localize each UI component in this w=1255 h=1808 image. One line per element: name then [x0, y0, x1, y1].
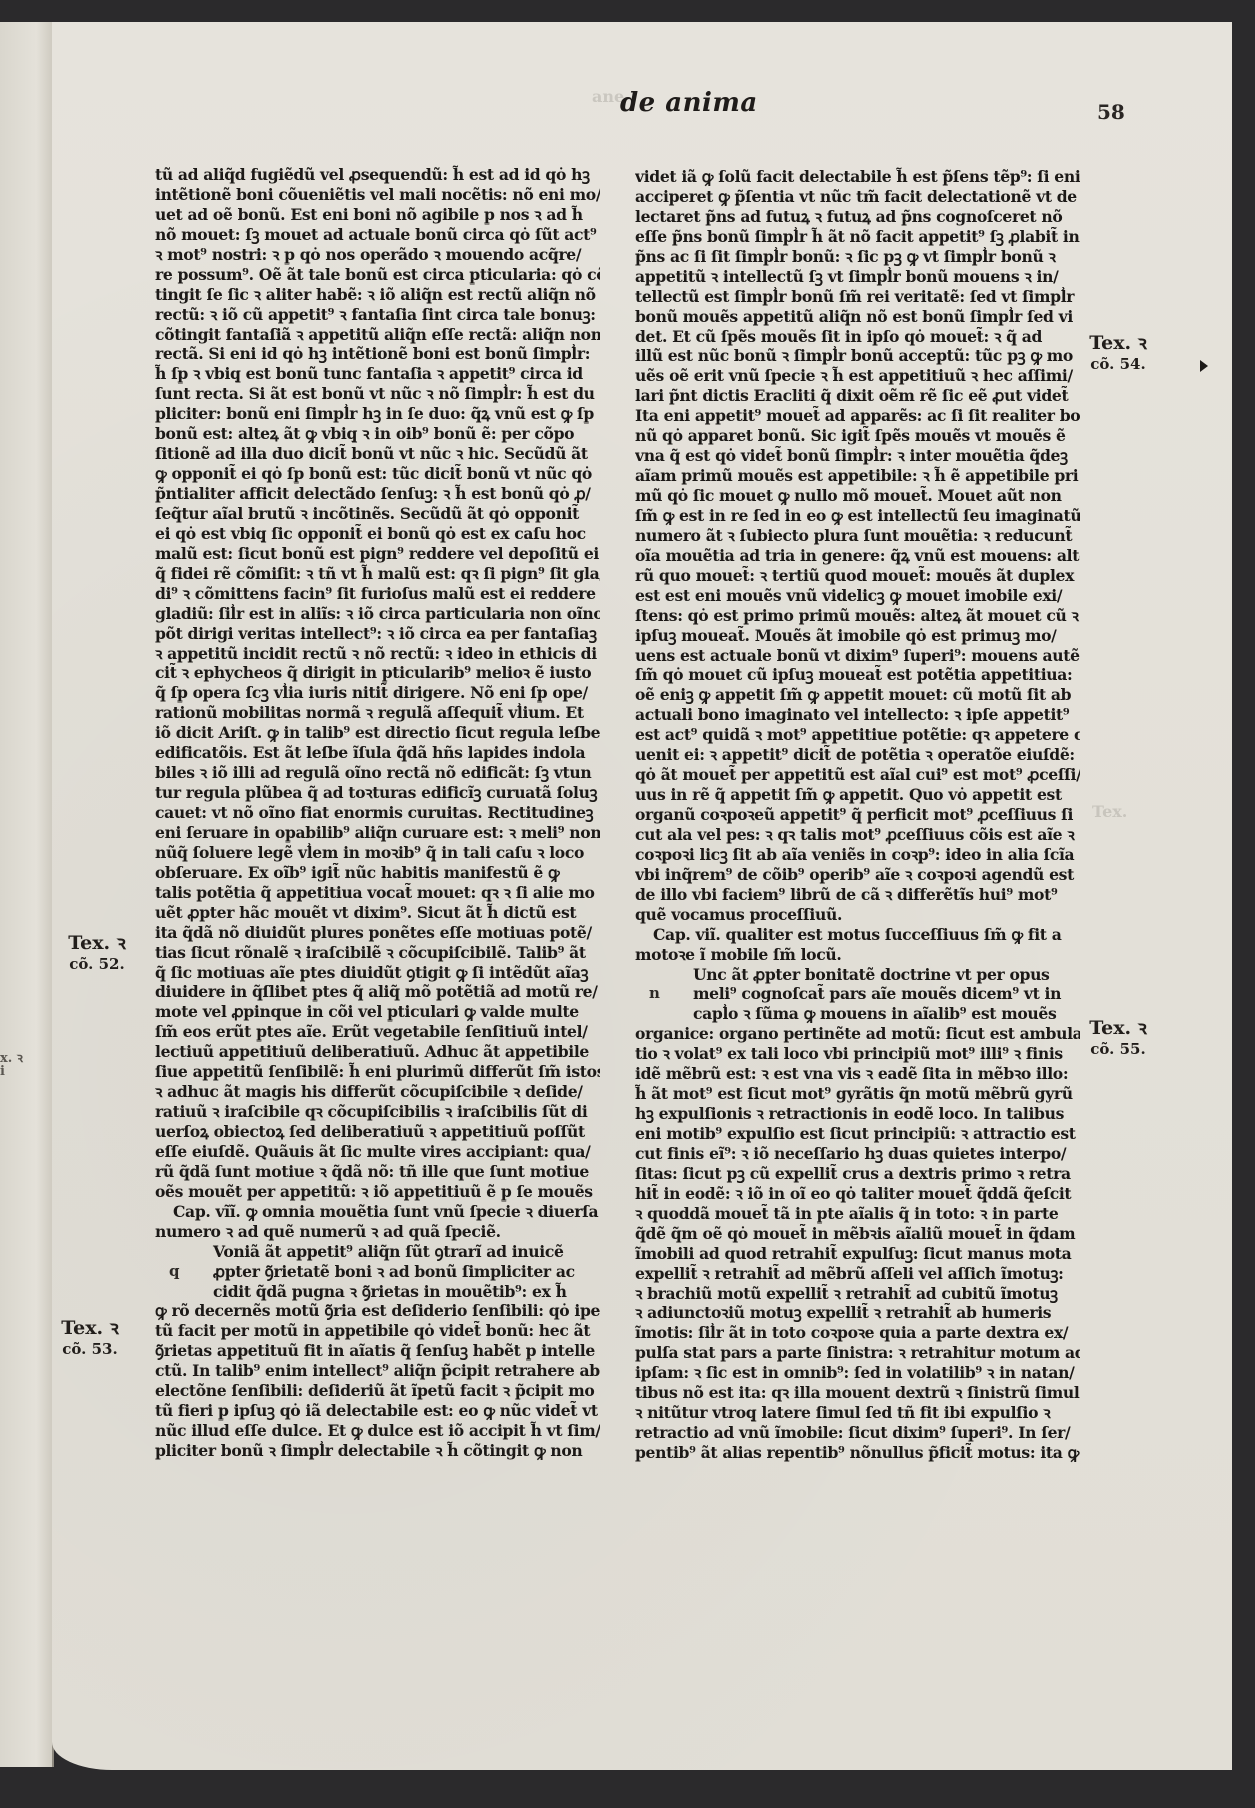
- text-line: biles ꝛ iõ illi ad regulã oĩno rectã nõ …: [155, 763, 600, 783]
- text-line: ſitionẽ ad illa duo dicit̃ bonũ vt nũc ꝛ…: [155, 444, 600, 464]
- paragraph-line: Unc ãt ꝓpter bonitatẽ doctrine vt per op…: [635, 965, 1080, 985]
- text-line: ratiuũ ꝛ iraſcibile qꝛ cõcupiſcibilis ꝛ …: [155, 1102, 600, 1122]
- paragraph-line: q̃dẽ q̃m oẽ qȯ mouet̃ in mẽbꝛis aĩaliũ m…: [635, 1224, 1080, 1244]
- text-line: Ita eni appetit⁹ mouet̃ ad apparẽs: ac ſ…: [635, 406, 1080, 426]
- text-line: det. Et cũ ſpẽs mouẽs ſit in ipſo qȯ mou…: [635, 327, 1080, 347]
- text-line: eſſe p̃ns bonũ ſimpl̾r h̃ ãt nõ facit ap…: [635, 227, 1080, 247]
- text-line: ſiue appetitũ ſenſibilẽ: h̃ eni plurimũ …: [155, 1062, 600, 1082]
- paragraph-line: tibus nõ est ita: qꝛ illa mouent dextrũ …: [635, 1383, 1080, 1403]
- text-line: tellectũ est ſimpl̾r bonũ ſm̃ rei verita…: [635, 287, 1080, 307]
- paragraph-line: electõne ſenſibili: deſideriũ ãt ĩpetũ f…: [155, 1381, 600, 1401]
- running-head: de anima: [620, 88, 758, 118]
- text-line: aĩam primũ mouẽs est appetibile: ꝛ h̃ ẽ …: [635, 466, 1080, 486]
- text-line: ꝛ adhuc ãt magis his differũt cõcupiſcib…: [155, 1082, 600, 1102]
- paragraph-line: ꝯ̃rietas appetituũ fit in aĩatis q̃ ſenſ…: [155, 1341, 600, 1361]
- paragraph-line: ſitas: ſicut pꝫ cũ expellit̃ crus a dext…: [635, 1164, 1080, 1184]
- paragraph-line: ꝛ quoddã mouet̃ tã in p̱te aĩalis q̃ in …: [635, 1204, 1080, 1224]
- paragraph-line: qꝓpter ꝯ̃rietatẽ boni ꝛ ad bonũ ſimplici…: [155, 1262, 600, 1282]
- paragraph-line: ctũ. In talib⁹ enim intellect⁹ aliq̃n p̃…: [155, 1361, 600, 1381]
- text-line: numero ãt ꝛ ſubiecto plura ſunt mouẽtia:…: [635, 526, 1080, 546]
- text-line: est act⁹ quidã ꝛ mot⁹ appetitiue potẽtie…: [635, 725, 1080, 745]
- text-line: q̃ ſic motiuas aĩe p̱tes diuidũt ꝯtigit …: [155, 963, 600, 983]
- guide-letter: n: [649, 984, 660, 1004]
- line-text: meli⁹ cognoſcat̃ pars aĩe mouẽs dicem⁹ v…: [693, 984, 1061, 1003]
- text-line: organũ coꝛpoꝛeũ appetit⁹ q̃ perficit mot…: [635, 805, 1080, 825]
- text-line: lari p̃nt dictis Eracliti q̃ dixit oẽm r…: [635, 386, 1080, 406]
- text-line: nũ qȯ apparet bonũ. Sic igit̃ ſpẽs mouẽs…: [635, 426, 1080, 446]
- text-line: oẽ eniꝫ ꝙ appetit ſm̃ ꝙ appetit mouet: c…: [635, 685, 1080, 705]
- text-line: ꝛ mot⁹ nostri: ꝛ p̱ qȯ nos operãdo ꝛ mou…: [155, 245, 600, 265]
- facing-page-bleed-text: x. ꝛi: [0, 1052, 23, 1078]
- text-line: q̃ fidei rẽ cõmiſit: ꝛ tñ vt h̃ malũ est…: [155, 564, 600, 584]
- text-line: lectaret p̃ns ad futuꝝ ꝛ futuꝝ ad p̃ns c…: [635, 207, 1080, 227]
- text-line: cut ala vel pes: ꝛ qꝛ talis mot⁹ ꝓceſſiu…: [635, 825, 1080, 845]
- text-line: ſtens: qȯ est primo primũ mouẽs: alteꝝ ã…: [635, 606, 1080, 626]
- text-line: rectã. Si eni id qȯ hꝫ intẽtionẽ boni es…: [155, 344, 600, 364]
- text-line: põt dirigi veritas intellect⁹: ꝛ iõ circ…: [155, 624, 600, 644]
- text-line: diuidere in q̃ſlibet p̱tes q̃ aliq̃ mõ p…: [155, 982, 600, 1002]
- text-line: eni ſeruare in op̱abilib⁹ aliq̃n curuare…: [155, 823, 600, 843]
- paragraph-line: ꝛ adiunctoꝛiũ motuꝫ expellit̃ ꝛ retrahit…: [635, 1303, 1080, 1323]
- text-line: cauet: vt nõ oĩno fiat enormis curuitas.…: [155, 803, 600, 823]
- text-line: pliciter: bonũ eni ſimpl̾r hꝫ in ſe duo:…: [155, 404, 600, 424]
- text-line: iõ dicit Ariſt. ꝙ in talib⁹ est directio…: [155, 723, 600, 743]
- line-text: ꝓpter ꝯ̃rietatẽ boni ꝛ ad bonũ ſimplicit…: [213, 1262, 575, 1281]
- text-line: ita q̃dã nõ diuidũt plures ponẽtes eſſe …: [155, 923, 600, 943]
- text-line: acciperet ꝙ p̃ſentia vt nũc tm̃ facit de…: [635, 187, 1080, 207]
- paragraph-line: expellit̃ ꝛ retrahit̃ ad mẽbrũ aſſeli ve…: [635, 1264, 1080, 1284]
- text-line: p̃ns ac ſi ſit ſimpl̾r bonũ: ꝛ ſic pꝫ ꝙ …: [635, 247, 1080, 267]
- text-column-right: videt iã ꝙ ſolũ facit delectabile h̃ est…: [635, 167, 1080, 1463]
- text-line: tur regula plũbea q̃ ad toꝛturas edificĩ…: [155, 783, 600, 803]
- paragraph-line: organice: organo pertinẽte ad motũ: ſicu…: [635, 1024, 1080, 1044]
- text-line: uens est actuale bonũ vt dixim⁹ ſuperi⁹:…: [635, 646, 1080, 666]
- text-line: cit̃ ꝛ ephycheos q̃ dirigit in p̱ticular…: [155, 663, 600, 683]
- paragraph-line: ipſam: ꝛ ſic est in omnib⁹: ſed in volat…: [635, 1363, 1080, 1383]
- chapter-heading-line: motoꝛe ĩ mobile ſm̃ locũ.: [635, 945, 1080, 965]
- text-line: uenit ei: ꝛ appetit⁹ dicit̃ de potẽtia ꝛ…: [635, 745, 1080, 765]
- text-line: ſm̃ ꝙ est in re ſed in eo ꝙ est intellec…: [635, 506, 1080, 526]
- text-line: rũ quo mouet̃: ꝛ tertiũ quod mouet̃: mou…: [635, 566, 1080, 586]
- paragraph-line: pentib⁹ ãt alias repentib⁹ nõnullus p̃fi…: [635, 1443, 1080, 1463]
- text-line: oĩa mouẽtia ad tria in genere: q̃ꝝ vnũ e…: [635, 546, 1080, 566]
- text-line: gladiũ: ſil̾r est in aliĩs: ꝛ iõ circa p…: [155, 604, 600, 624]
- text-line: tũ ad aliq̃d fugiẽdũ vel ꝓsequendũ: h̃ e…: [155, 165, 600, 185]
- text-line: nõ mouet: ſꝫ mouet ad actuale bonũ circa…: [155, 225, 600, 245]
- text-line: p̃ntialiter afficit delectãdo ſenſuꝫ: ꝛ …: [155, 484, 600, 504]
- paragraph-line: tũ facit per motũ in appetibile qȯ videt…: [155, 1321, 600, 1341]
- text-line: intẽtionẽ boni cõueniẽtis vel mali nocẽt…: [155, 185, 600, 205]
- text-line: illũ est nũc bonũ ꝛ ſimpl̾r bonũ acceptũ…: [635, 346, 1080, 366]
- text-line: oẽs mouẽt per appetitũ: ꝛ iõ appetitiuũ …: [155, 1182, 600, 1202]
- text-line: mote vel ꝓpinque in cõi vel p̱ticulari ꝙ…: [155, 1002, 600, 1022]
- paragraph-line: ꝛ nitũtur vtroq̧ latere ſimul ſed tñ fit…: [635, 1403, 1080, 1423]
- text-line: ſunt recta. Si ãt est bonũ vt nũc ꝛ nõ ſ…: [155, 384, 600, 404]
- text-line: coꝛpoꝛi licꝫ ſit ab aĩa veniẽs in coꝛp⁹:…: [635, 845, 1080, 865]
- text-line: bonũ mouẽs appetitũ aliq̃n nõ est bonũ ſ…: [635, 307, 1080, 327]
- text-line: est est eni mouẽs vnũ videlicꝫ ꝙ mouet i…: [635, 586, 1080, 606]
- facing-page-edge: x. ꝛi: [0, 22, 54, 1767]
- text-line: obſeruare. Ex oĩb⁹ igit̃ nũc habitis man…: [155, 863, 600, 883]
- paragraph-line: retractio ad vnũ ĩmobile: ſicut dixim⁹ ſ…: [635, 1423, 1080, 1443]
- paragraph-line: cut finis eĩ⁹: ꝛ iõ neceſſario hꝫ duas q…: [635, 1144, 1080, 1164]
- chapter-heading-line: Cap. vĩĩ. ꝙ omnia mouẽtia ſunt vnũ ſpeci…: [155, 1202, 600, 1222]
- text-line: q̃ ſp̱ opera ſcꝫ vl̾ia iuris nitit̃ diri…: [155, 683, 600, 703]
- margin-note-tex-53: Tex. ꝛcõ. 53.: [55, 1318, 125, 1360]
- text-column-left: tũ ad aliq̃d fugiẽdũ vel ꝓsequendũ: h̃ e…: [155, 165, 600, 1461]
- text-line: uus in rẽ q̃ appetit ſm̃ ꝙ appetit. Quo …: [635, 785, 1080, 805]
- chapter-heading-line: numero ꝛ ad quẽ numerũ ꝛ ad quã ſpeciẽ.: [155, 1222, 600, 1242]
- paragraph-line: nũc illud eſſe dulce. Et ꝙ dulce est iõ …: [155, 1421, 600, 1441]
- paragraph-line: ꝙ rõ decernẽs motũ ꝯ̃ria est deſiderio ſ…: [155, 1301, 600, 1321]
- chapter-heading-line: Cap. viĩ. qualiter est motus ſucceſſiuus…: [635, 925, 1080, 945]
- text-line: rationũ mobilitas normã ꝛ regulã aſſequi…: [155, 703, 600, 723]
- text-line: h̃ ſp̱ ꝛ vbiq̧ est bonũ tunc fantaſia ꝛ …: [155, 364, 600, 384]
- text-line: vbi inq̃rem⁹ de cõib⁹ operib⁹ aĩe ꝛ coꝛp…: [635, 865, 1080, 885]
- paragraph-line: pulſa stat pars a parte ſinistra: ꝛ retr…: [635, 1343, 1080, 1363]
- text-line: eſſe eiuſdẽ. Quãuis ãt ſic multe vires a…: [155, 1142, 600, 1162]
- text-line: ſm̃ eos erũt p̱tes aĩe. Erũt vegetabile …: [155, 1022, 600, 1042]
- text-line: mũ qȯ ſic mouet ꝙ nullo mõ mouet̃. Mouet…: [635, 486, 1080, 506]
- text-line: nũq̃ ſoluere legẽ vl̾em in moꝛib⁹ q̃ in …: [155, 843, 600, 863]
- paragraph-line: Voniã ãt appetit⁹ aliq̃n ſũt ꝯtrarĩ ad i…: [155, 1242, 600, 1262]
- folio-number: 58: [1097, 100, 1125, 124]
- paragraph-line: ĩmotis: ſil̾r ãt in toto coꝛpoꝛe quia a …: [635, 1323, 1080, 1343]
- text-line: quẽ vocamus proceſſiuũ.: [635, 905, 1080, 925]
- paragraph-line: hit̃ in eodẽ: ꝛ iõ in oĩ eo qȯ taliter m…: [635, 1184, 1080, 1204]
- text-line: actuali bono imaginato vel intellecto: ꝛ…: [635, 705, 1080, 725]
- guide-letter: q: [169, 1262, 179, 1282]
- pointer-mark-icon: [1200, 360, 1208, 372]
- text-line: lectiuũ appetitiuũ deliberatiuũ. Adhuc ã…: [155, 1042, 600, 1062]
- paragraph-line: ꝛ brachiũ motũ expellit̃ ꝛ retrahit̃ ad …: [635, 1284, 1080, 1304]
- text-line: ꝙ opponit̃ ei qȯ ſp̱ bonũ est: tũc dicit…: [155, 464, 600, 484]
- paragraph-line: tio ꝛ volat⁹ ex tali loco vbi principiũ …: [635, 1044, 1080, 1064]
- paragraph-line: pliciter bonũ ꝛ ſimpl̾r delectabile ꝛ h̃…: [155, 1441, 600, 1461]
- text-line: re possum⁹. Oẽ ãt tale bonũ est circa p̱…: [155, 265, 600, 285]
- text-line: edificatõis. Est ãt leſbe ĩſula q̃dã hñs…: [155, 743, 600, 763]
- text-line: rectũ: ꝛ iõ cũ appetit⁹ ꝛ fantaſia ſint …: [155, 305, 600, 325]
- text-line: vna q̃ est qȯ videt̃ bonũ ſimpl̾r: ꝛ int…: [635, 446, 1080, 466]
- text-line: ꝛ appetitũ incidit rectũ ꝛ nõ rectũ: ꝛ i…: [155, 644, 600, 664]
- paragraph-line: nmeli⁹ cognoſcat̃ pars aĩe mouẽs dicem⁹ …: [635, 984, 1080, 1004]
- text-line: de illo vbi faciem⁹ librũ de cã ꝛ differ…: [635, 885, 1080, 905]
- text-line: ei qȯ est vbiq̧ ſic opponit̃ ei bonũ qȯ …: [155, 524, 600, 544]
- text-line: ipſuꝫ moueat̃. Mouẽs ãt imobile qȯ est p…: [635, 626, 1080, 646]
- text-line: malũ est: ſicut bonũ est pign⁹ reddere v…: [155, 544, 600, 564]
- margin-note-tex-52: Tex. ꝛcõ. 52.: [62, 933, 132, 975]
- paragraph-line: h̃ ãt mot⁹ est ſicut mot⁹ gyrãtis q̃n mo…: [635, 1084, 1080, 1104]
- text-line: uẽs oẽ erit vnũ ſpecie ꝛ h̃ est appetiti…: [635, 366, 1080, 386]
- text-line: uẽt ꝓpter hãc mouẽt vt dixim⁹. Sicut ãt …: [155, 903, 600, 923]
- paragraph-line: idẽ mẽbrũ est: ꝛ est vna vis ꝛ eadẽ ſita…: [635, 1064, 1080, 1084]
- paragraph-line: eni motib⁹ expulſio est ſicut principiũ:…: [635, 1124, 1080, 1144]
- text-line: tias ſicut rõnalẽ ꝛ iraſcibilẽ ꝛ cõcupiſ…: [155, 943, 600, 963]
- text-line: appetitũ ꝛ intellectũ ſꝫ vt ſimpl̾r bonũ…: [635, 267, 1080, 287]
- text-line: ſm̃ qȯ mouet cũ ipſuꝫ moueat̃ est potẽti…: [635, 665, 1080, 685]
- text-line: cõtingit fantaſiã ꝛ appetitũ aliq̃n eſſe…: [155, 325, 600, 345]
- text-line: bonũ est: alteꝝ ãt ꝙ vbiq̧ ꝛ in oib⁹ bon…: [155, 424, 600, 444]
- margin-note-tex-54: Tex. ꝛcõ. 54.: [1083, 333, 1153, 375]
- show-through-text: Tex.: [1092, 802, 1127, 821]
- paragraph-line: tũ fieri p̱ ipſuꝫ qȯ iã delectabile est:…: [155, 1401, 600, 1421]
- paragraph-line: cidit q̃dã pugna ꝛ ꝯ̃rietas in mouẽtib⁹:…: [155, 1282, 600, 1302]
- text-line: talis potẽtia q̃ appetitiua vocat̃ mouet…: [155, 883, 600, 903]
- text-line: di⁹ ꝛ cõmittens facin⁹ ſit furioſus malũ…: [155, 584, 600, 604]
- margin-note-tex-55: Tex. ꝛcõ. 55.: [1083, 1018, 1153, 1060]
- paragraph-line: capl̾o ꝛ ſũma ꝙ mouens in aĩalib⁹ est mo…: [635, 1004, 1080, 1024]
- text-line: ſeq̃tur aĩal brutũ ꝛ incõtinẽs. Secũdũ ã…: [155, 504, 600, 524]
- text-line: uet ad oẽ bonũ. Est eni boni nõ agibile …: [155, 205, 600, 225]
- text-line: uerſoꝝ obiectoꝝ ſed deliberatiuũ ꝛ appet…: [155, 1122, 600, 1142]
- text-line: tingit ſe ſic ꝛ aliter habẽ: ꝛ iõ aliq̃n…: [155, 285, 600, 305]
- paragraph-line: hꝫ expulſionis ꝛ retractionis in eodẽ lo…: [635, 1104, 1080, 1124]
- text-line: rũ q̃dã ſunt motiue ꝛ q̃dã nõ: tñ ille q…: [155, 1162, 600, 1182]
- paragraph-line: ĩmobili ad quod retrahit̃ expulſuꝫ: ſicu…: [635, 1244, 1080, 1264]
- text-line: qȯ ãt mouet̃ per appetitũ est aĩal cui⁹ …: [635, 765, 1080, 785]
- text-line: videt iã ꝙ ſolũ facit delectabile h̃ est…: [635, 167, 1080, 187]
